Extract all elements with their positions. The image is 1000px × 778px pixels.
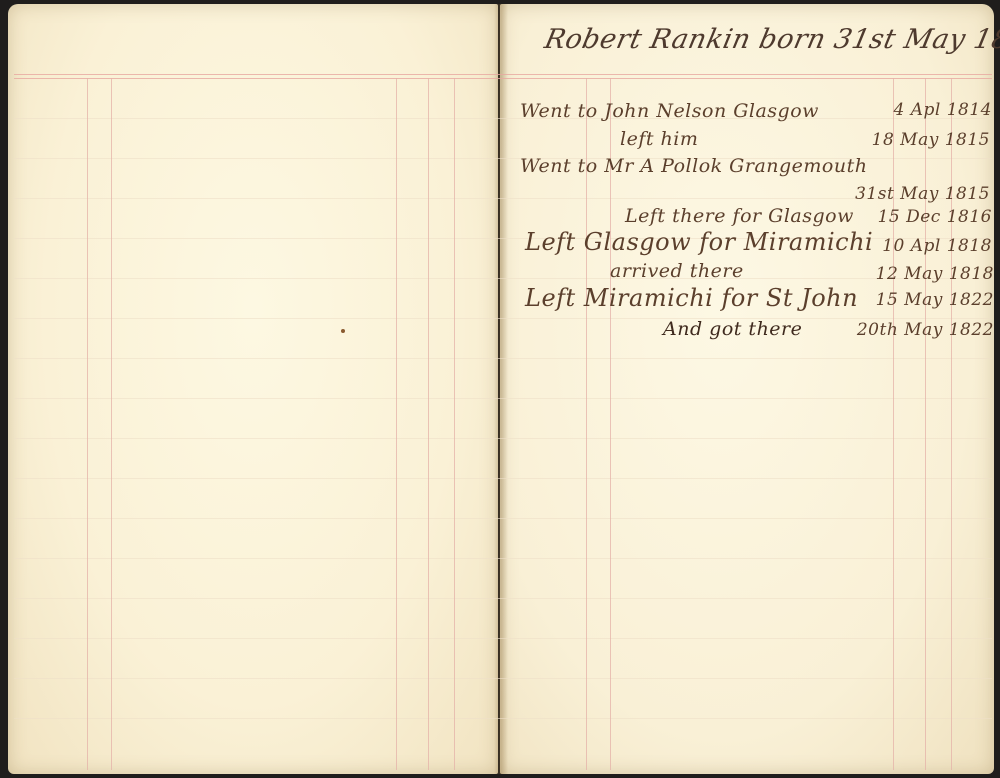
left-column-rule-3 bbox=[454, 78, 455, 770]
entry-date-4: 31st May 1815 bbox=[855, 184, 990, 204]
entry-date-6: 10 Apl 1818 bbox=[882, 236, 992, 256]
entry-text-6: Left Glasgow for Miramichi bbox=[525, 228, 873, 256]
entry-text-8: Left Miramichi for St John bbox=[525, 284, 858, 312]
ink-spot bbox=[341, 329, 345, 333]
right-column-rule-3 bbox=[951, 78, 952, 770]
left-column-rule-2 bbox=[428, 78, 429, 770]
right-column-rule-2 bbox=[925, 78, 926, 770]
entry-text-2: left him bbox=[620, 128, 698, 150]
header-rule-top bbox=[14, 74, 992, 75]
entry-text-3: Went to Mr A Pollok Grangemouth bbox=[520, 155, 867, 177]
left-margin-rule-1 bbox=[87, 78, 88, 770]
entry-date-5: 15 Dec 1816 bbox=[878, 207, 992, 227]
entry-date-9: 20th May 1822 bbox=[857, 320, 994, 340]
entry-date-2: 18 May 1815 bbox=[872, 130, 990, 150]
entry-text-1: Went to John Nelson Glasgow bbox=[520, 100, 819, 122]
header-rule-bottom bbox=[14, 78, 992, 79]
entry-text-9: And got there bbox=[663, 318, 802, 340]
entry-date-8: 15 May 1822 bbox=[876, 290, 994, 310]
right-margin-rule-1 bbox=[586, 78, 587, 770]
left-column-rule-1 bbox=[396, 78, 397, 770]
right-column-rule-1 bbox=[893, 78, 894, 770]
left-margin-rule-2 bbox=[111, 78, 112, 770]
ledger-heading: Robert Rankin born 31st May 1801 bbox=[542, 24, 1000, 55]
entry-text-5: Left there for Glasgow bbox=[625, 205, 854, 227]
right-margin-rule-2 bbox=[610, 78, 611, 770]
entry-date-1: 4 Apl 1814 bbox=[894, 100, 992, 120]
entry-date-7: 12 May 1818 bbox=[876, 264, 994, 284]
book-gutter bbox=[494, 4, 508, 774]
left-page bbox=[8, 4, 498, 774]
entry-text-7: arrived there bbox=[610, 260, 744, 282]
